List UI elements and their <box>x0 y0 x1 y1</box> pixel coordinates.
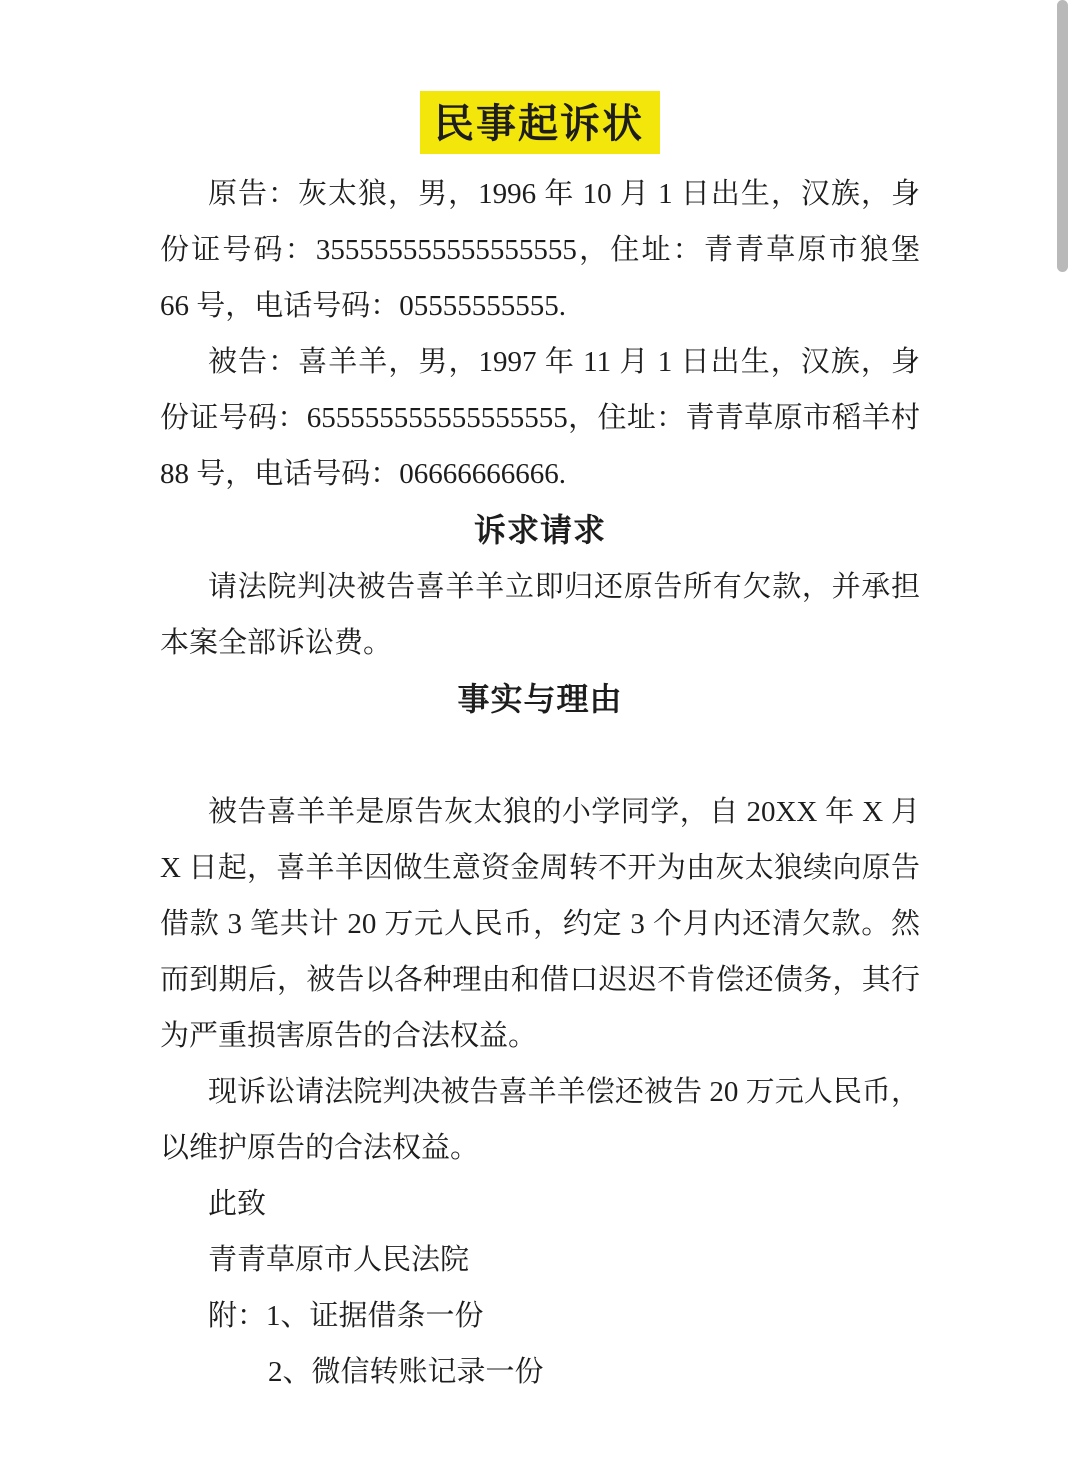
document-title: 民事起诉状 <box>420 91 660 154</box>
document-page: 民事起诉状 原告：灰太狼，男，1996 年 10 月 1 日出生，汉族，身份证号… <box>0 0 1080 1400</box>
plaintiff-paragraph: 原告：灰太狼，男，1996 年 10 月 1 日出生，汉族，身份证号码：3555… <box>160 166 920 334</box>
attachment-line-1: 附：1、证据借条一份 <box>160 1288 920 1344</box>
closing-salute: 此致 <box>160 1176 920 1232</box>
claims-heading: 诉求请求 <box>160 502 920 559</box>
blank-line <box>160 728 920 784</box>
scrollbar-thumb[interactable] <box>1057 0 1068 272</box>
facts-paragraph-1: 被告喜羊羊是原告灰太狼的小学同学，自 20XX 年 X 月 X 日起，喜羊羊因做… <box>160 784 920 1064</box>
document-title-row: 民事起诉状 <box>160 91 920 154</box>
defendant-paragraph: 被告：喜羊羊，男，1997 年 11 月 1 日出生，汉族，身份证号码：6555… <box>160 334 920 502</box>
facts-paragraph-2: 现诉讼请法院判决被告喜羊羊偿还被告 20 万元人民币，以维护原告的合法权益。 <box>160 1064 920 1176</box>
facts-heading: 事实与理由 <box>160 671 920 728</box>
court-name: 青青草原市人民法院 <box>160 1232 920 1288</box>
attachment-line-2: 2、微信转账记录一份 <box>160 1344 920 1400</box>
claims-paragraph: 请法院判决被告喜羊羊立即归还原告所有欠款，并承担本案全部诉讼费。 <box>160 559 920 671</box>
